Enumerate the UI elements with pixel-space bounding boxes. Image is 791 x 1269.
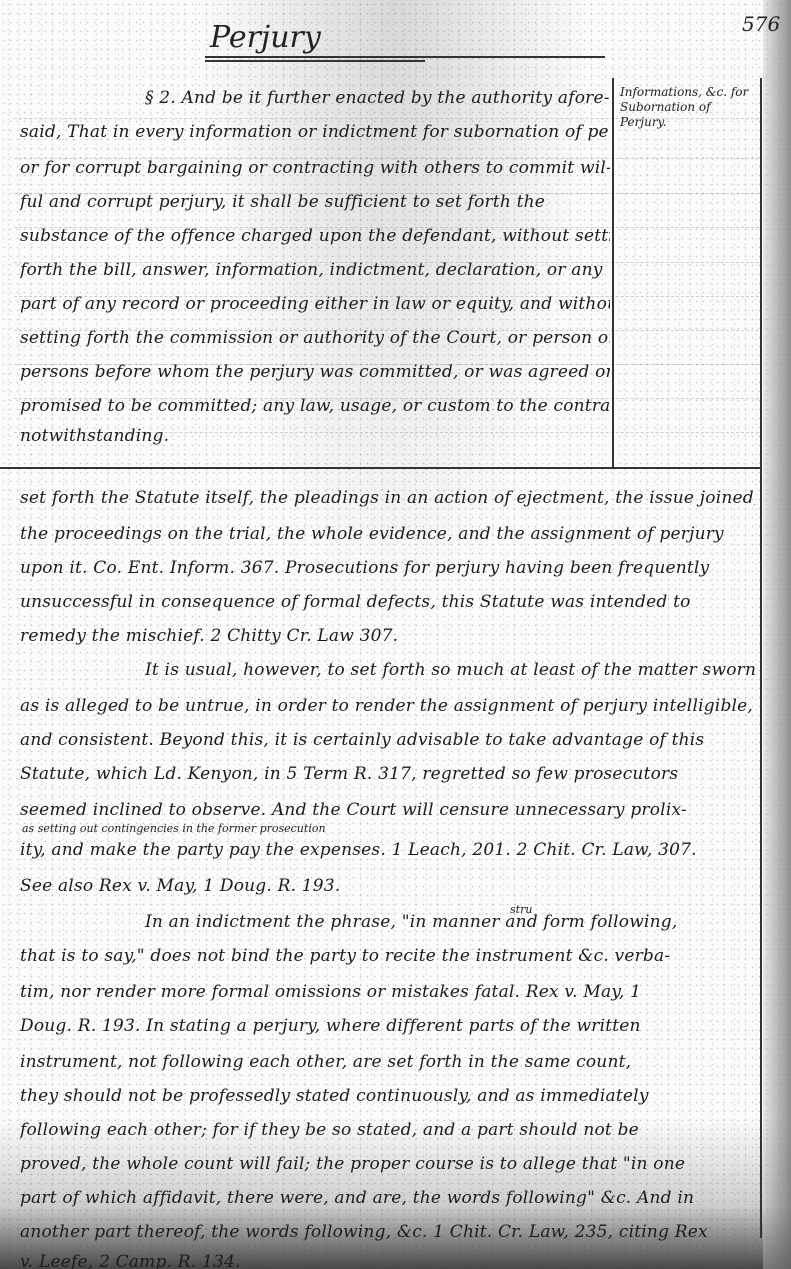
- text-line: seemed inclined to observe. And the Cour…: [20, 800, 755, 820]
- text-line: part of which affidavit, there were, and…: [20, 1188, 755, 1208]
- text-line: In an indictment the phrase, "in manner …: [20, 912, 791, 932]
- text-line: substance of the offence charged upon th…: [20, 226, 610, 246]
- text-line: unsuccessful in consequence of formal de…: [20, 592, 755, 612]
- text-line: another part thereof, the words followin…: [20, 1222, 755, 1242]
- text-line: promised to be committed; any law, usage…: [20, 396, 610, 416]
- text-line: that is to say," does not bind the party…: [20, 946, 755, 966]
- text-line: forth the bill, answer, information, ind…: [20, 260, 610, 280]
- text-line: Doug. R. 193. In stating a perjury, wher…: [20, 1016, 755, 1036]
- text-line: following each other; for if they be so …: [20, 1120, 755, 1140]
- text-line: remedy the mischief. 2 Chitty Cr. Law 30…: [20, 626, 755, 646]
- right-border-line: [760, 78, 762, 1238]
- text-line: or for corrupt bargaining or contracting…: [20, 158, 610, 178]
- section-divider: [0, 467, 762, 469]
- text-line: part of any record or proceeding either …: [20, 294, 610, 314]
- text-line: said, That in every information or indic…: [20, 122, 610, 142]
- title-underline: [205, 56, 605, 58]
- text-line: § 2. And be it further enacted by the au…: [20, 88, 735, 108]
- text-line: as is alleged to be untrue, in order to …: [20, 696, 755, 716]
- page-edge-shadow: [763, 0, 791, 1269]
- text-line: notwithstanding.: [20, 426, 610, 446]
- text-line: setting forth the commission or authorit…: [20, 328, 610, 348]
- text-line: the proceedings on the trial, the whole …: [20, 524, 755, 544]
- text-line: proved, the whole count will fail; the p…: [20, 1154, 755, 1174]
- text-line: Statute, which Ld. Kenyon, in 5 Term R. …: [20, 764, 755, 784]
- text-line: ful and corrupt perjury, it shall be suf…: [20, 192, 610, 212]
- text-line: and consistent. Beyond this, it is certa…: [20, 730, 755, 750]
- interlinear-insert: as setting out contingencies in the form…: [22, 822, 326, 835]
- title-underline: [205, 60, 425, 62]
- text-line: instrument, not following each other, ar…: [20, 1052, 755, 1072]
- text-line: tim, nor render more formal omissions or…: [20, 982, 755, 1002]
- text-line: they should not be professedly stated co…: [20, 1086, 755, 1106]
- text-line: ity, and make the party pay the expenses…: [20, 840, 755, 860]
- page-title: Perjury: [210, 20, 321, 55]
- text-line: It is usual, however, to set forth so mu…: [20, 660, 791, 680]
- text-line: See also Rex v. May, 1 Doug. R. 193.: [20, 876, 755, 896]
- margin-column-divider: [612, 78, 614, 468]
- text-line: upon it. Co. Ent. Inform. 367. Prosecuti…: [20, 558, 755, 578]
- text-line: v. Leefe, 2 Camp. R. 134.: [20, 1252, 755, 1269]
- superscript-insert: stru: [510, 903, 532, 916]
- text-line: persons before whom the perjury was comm…: [20, 362, 610, 382]
- manuscript-page: Perjury 576 Informations, &c. for Suborn…: [0, 0, 791, 1269]
- page-number: 576: [742, 12, 780, 36]
- text-line: set forth the Statute itself, the pleadi…: [20, 488, 755, 508]
